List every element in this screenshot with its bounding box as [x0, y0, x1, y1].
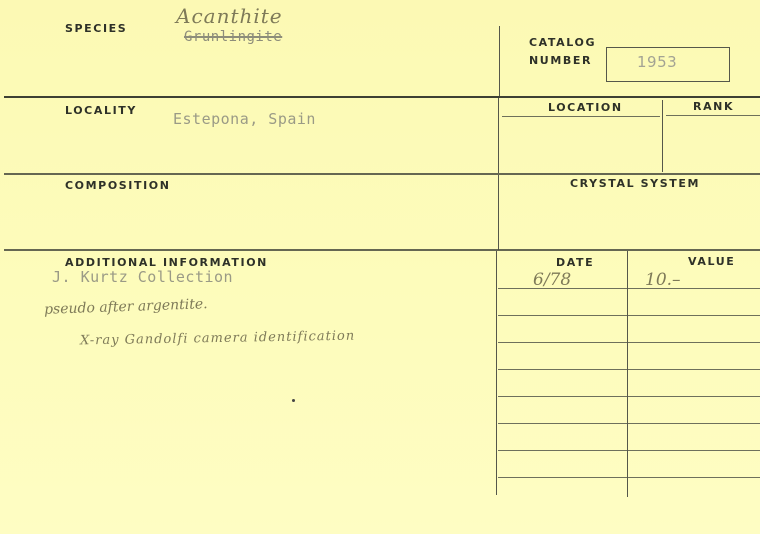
location-field[interactable]	[502, 118, 660, 170]
crystal-system-field[interactable]	[502, 194, 758, 246]
divider-horizontal-2	[4, 173, 760, 175]
locality-value[interactable]: Estepona, Spain	[173, 110, 316, 128]
ledger-date-column[interactable]	[498, 289, 626, 477]
divider-vertical-locality	[498, 98, 499, 173]
crystal-system-label: CRYSTAL SYSTEM	[570, 177, 700, 190]
rank-underline	[666, 115, 760, 116]
composition-label: COMPOSITION	[65, 179, 171, 192]
ink-speck	[292, 399, 295, 402]
species-label: SPECIES	[65, 22, 127, 35]
divider-horizontal-1	[4, 96, 760, 98]
rank-label: RANK	[693, 100, 734, 113]
location-rank-divider	[662, 100, 663, 172]
location-label: LOCATION	[548, 101, 623, 114]
locality-label: LOCALITY	[65, 104, 137, 117]
ledger-left-border	[496, 251, 497, 495]
ledger-row-line-8	[498, 477, 760, 478]
divider-vertical-composition	[498, 175, 499, 250]
species-typed-struck-value: Grunlingite	[184, 29, 282, 45]
divider-vertical-top	[499, 26, 500, 98]
value-label: VALUE	[688, 255, 735, 268]
additional-information-note-1[interactable]: pseudo after argentite.	[44, 296, 208, 318]
location-underline	[502, 116, 660, 117]
catalog-number-value: 1953	[637, 53, 677, 71]
number-label: NUMBER	[529, 54, 592, 67]
ledger-row-1-date[interactable]: 6/78	[533, 270, 571, 290]
additional-information-typed[interactable]: J. Kurtz Collection	[52, 268, 233, 286]
catalog-card: SPECIES Acanthite Grunlingite CATALOG NU…	[0, 0, 760, 534]
additional-information-note-2[interactable]: X-ray Gandolfi camera identification	[80, 329, 355, 349]
rank-field[interactable]	[666, 118, 758, 170]
ledger-value-column[interactable]	[629, 289, 759, 477]
date-label: DATE	[556, 256, 594, 269]
catalog-label: CATALOG	[529, 36, 596, 49]
species-handwritten-value[interactable]: Acanthite	[176, 4, 283, 28]
divider-horizontal-3	[4, 249, 760, 251]
catalog-number-box[interactable]: 1953	[606, 47, 730, 82]
composition-field[interactable]	[65, 196, 485, 246]
ledger-row-1-value[interactable]: 10.–	[645, 270, 681, 290]
